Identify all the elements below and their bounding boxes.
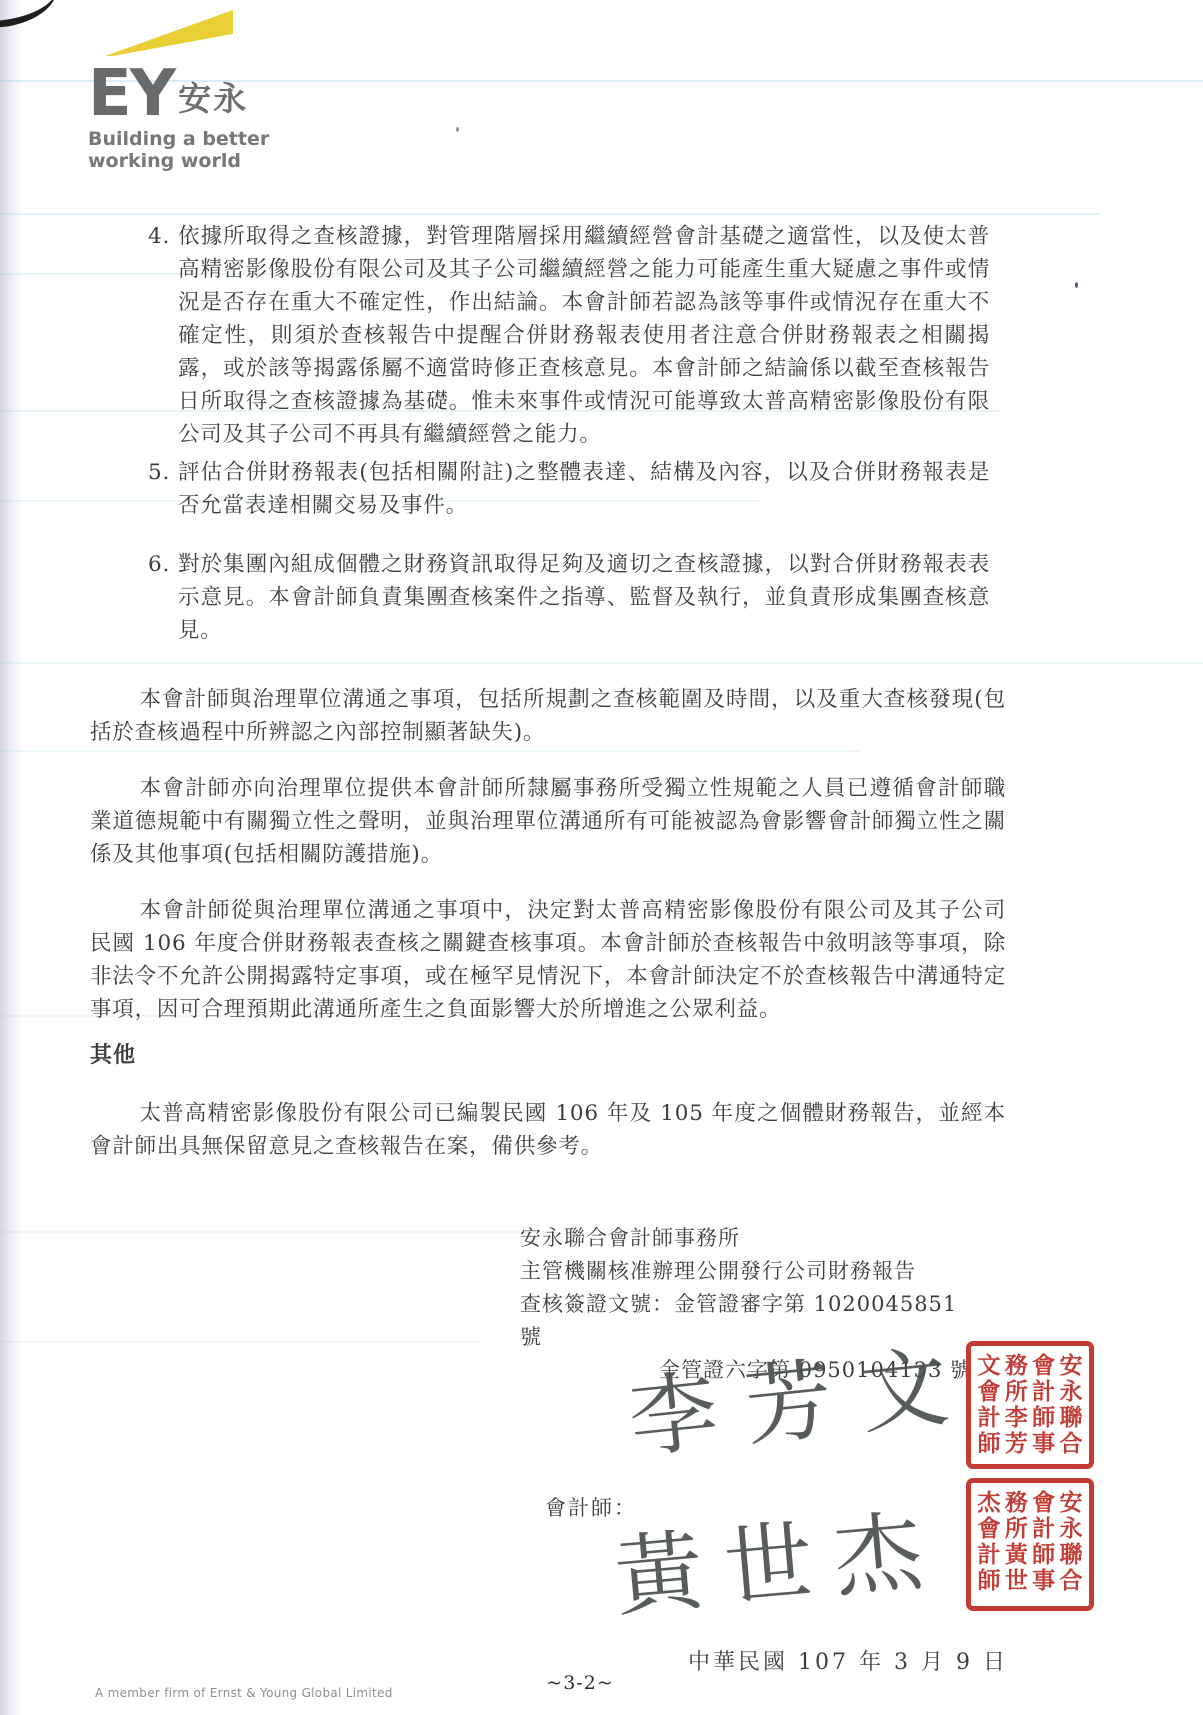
- paragraph-communication: 本會計師與治理單位溝通之事項，包括所規劃之查核範圍及時間，以及重大查核發現(包括…: [90, 683, 1006, 749]
- cpa-seal-1: 安永聯合 會計師事 務所李芳 文會計師: [966, 1341, 1094, 1469]
- ey-logo-text: EY: [88, 68, 174, 120]
- audit-report-page: EY 安永 Building a better working world 4.…: [0, 0, 1203, 1715]
- paragraph-independence: 本會計師亦向治理單位提供本會計師所隸屬事務所受獨立性規範之人員已遵循會計師職業道…: [90, 772, 1006, 871]
- ey-tagline-line1: Building a better: [88, 129, 408, 150]
- seal-column: 會計師事: [1031, 1490, 1057, 1599]
- paragraph-other: 太普高精密影像股份有限公司已編製民國 106 年及 105 年度之個體財務報告，…: [90, 1097, 1006, 1163]
- item-number: 6.: [148, 548, 178, 647]
- scan-streak: [0, 1231, 560, 1233]
- list-item-6: 6. 對於集團內組成個體之財務資訊取得足夠及適切之查核證據，以對合併財務報表表示…: [148, 548, 990, 647]
- ey-tagline-line2: working world: [88, 151, 408, 172]
- seal-column: 安永聯合: [1058, 1490, 1084, 1599]
- cpa-seal-2: 安永聯合 會計師事 務所黃世 杰會計師: [966, 1478, 1094, 1611]
- list-item-4: 4. 依據所取得之查核證據，對管理階層採用繼續經營會計基礎之適當性，以及使太普高…: [148, 220, 990, 451]
- scan-edge-shadow: [0, 0, 22, 1715]
- scan-speck: [456, 127, 459, 132]
- scan-streak: [0, 662, 1203, 664]
- seal-column: 務所黃世: [1003, 1490, 1029, 1599]
- signature-huang-shih-chieh: 黃世杰: [609, 1480, 949, 1634]
- scan-corner-mark: [0, 0, 60, 29]
- item-number: 5.: [148, 456, 178, 522]
- firm-name: 安永聯合會計師事務所: [520, 1222, 972, 1255]
- seal-column: 安永聯合: [1058, 1353, 1084, 1457]
- scan-streak: [0, 213, 1100, 215]
- seal-column: 務所李芳: [1003, 1353, 1029, 1457]
- seal-column: 會計師事: [1031, 1353, 1057, 1457]
- item-text: 評估合併財務報表(包括相關附註)之整體表達、結構及內容，以及合併財務報表是否允當…: [178, 456, 990, 522]
- list-item-5: 5. 評估合併財務報表(包括相關附註)之整體表達、結構及內容，以及合併財務報表是…: [148, 456, 990, 522]
- item-number: 4.: [148, 220, 178, 451]
- approval-line: 主管機關核准辦理公開發行公司財務報告: [520, 1255, 972, 1288]
- item-text: 依據所取得之查核證據，對管理階層採用繼續經營會計基礎之適當性，以及使太普高精密影…: [178, 220, 990, 451]
- seal-column: 文會計師: [976, 1353, 1002, 1457]
- ey-beam-icon: [105, 10, 233, 56]
- item-text: 對於集團內組成個體之財務資訊取得足夠及適切之查核證據，以對合併財務報表表示意見。…: [178, 548, 990, 647]
- member-firm-note: A member firm of Ernst & Young Global Li…: [95, 1686, 393, 1700]
- other-section-heading: 其他: [90, 1038, 136, 1069]
- ey-logo: EY 安永 Building a better working world: [88, 10, 408, 172]
- scan-streak: [0, 750, 860, 752]
- scan-streak: [0, 1341, 480, 1343]
- ey-tagline: Building a better working world: [88, 129, 408, 172]
- paragraph-key-audit-matters: 本會計師從與治理單位溝通之事項中，決定對太普高精密影像股份有限公司及其子公司民國…: [90, 894, 1006, 1026]
- scan-speck: [1075, 282, 1078, 288]
- seal-column: 杰會計師: [976, 1490, 1002, 1599]
- ey-logo-chinese: 安永: [178, 73, 248, 120]
